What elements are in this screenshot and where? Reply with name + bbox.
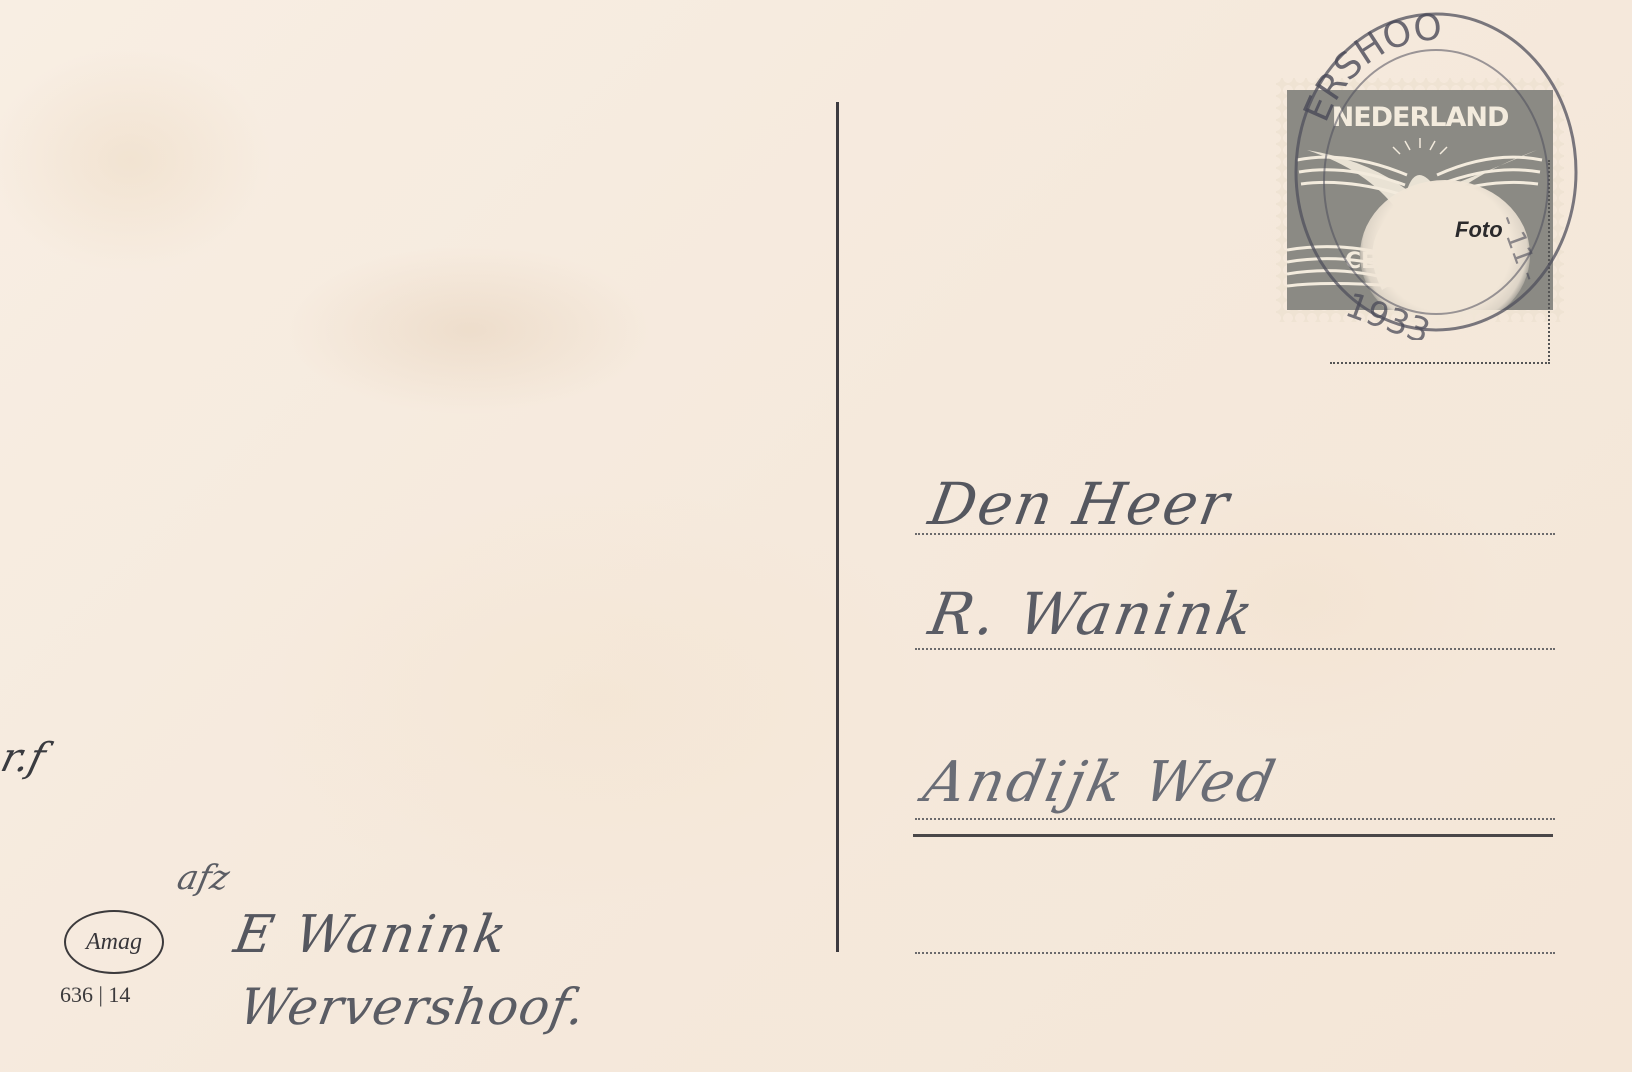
publisher-logo: Amag — [64, 910, 164, 974]
postmark-cancel: ERSHOO 1933 - 11 - — [1286, 4, 1586, 340]
svg-text:1933: 1933 — [1340, 285, 1435, 340]
center-divider-line — [836, 102, 839, 952]
address-recipient: R. Wanink — [924, 580, 1261, 648]
address-salutation: Den Heer — [924, 470, 1236, 538]
sender-name: E Wanink — [230, 905, 514, 965]
address-underline — [913, 834, 1553, 837]
svg-text:- 11 -: - 11 - — [1493, 211, 1545, 286]
address-town: Andijk Wed — [918, 750, 1283, 815]
publisher-logo-text: Amag — [86, 929, 142, 956]
svg-text:ERSHOO: ERSHOO — [1296, 7, 1443, 128]
sender-place: Wervershoof. — [235, 978, 590, 1036]
address-line-2 — [915, 648, 1555, 650]
publisher-code: 636 | 14 — [60, 982, 130, 1008]
address-line-4 — [915, 952, 1555, 954]
address-line-3 — [915, 818, 1555, 820]
sender-prefix: afz — [174, 858, 233, 898]
